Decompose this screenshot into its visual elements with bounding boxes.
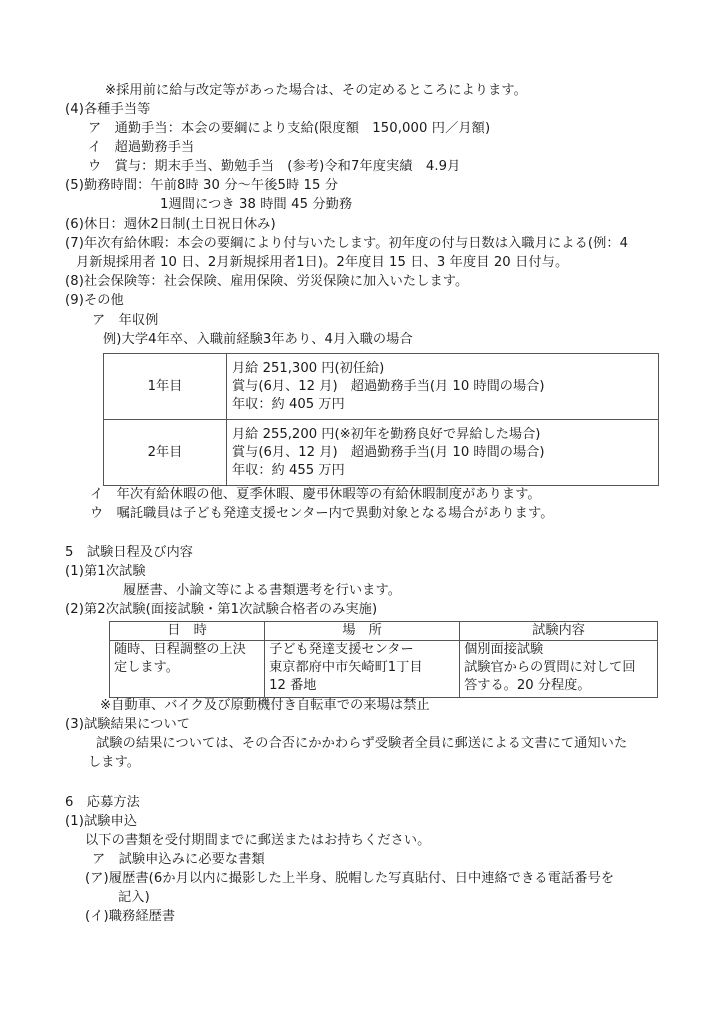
bonus-overtime: 賞与(6月、12 月) 超過勤務手当(月 10 時間の場合)	[232, 378, 658, 396]
allowances-heading: (4)各種手当等	[65, 101, 150, 119]
datetime-line: 定します。	[114, 659, 260, 677]
location-line: 12 番地	[269, 677, 455, 695]
holidays: (6)休日：週休2日制(土日祝日休み)	[65, 216, 276, 234]
year-detail: 月給 251,300 円(初任給) 賞与(6月、12 月) 超過勤務手当(月 1…	[227, 354, 659, 420]
table-row: 2年目 月給 255,200 円(※初年を勤務良好で昇給した場合) 賞与(6月、…	[104, 420, 659, 486]
table-header-row: 日 時 場 所 試験内容	[110, 622, 658, 641]
cell-datetime: 随時、日程調整の上決 定します。	[110, 641, 265, 698]
header-location: 場 所	[265, 622, 460, 641]
section6-heading: 6 応募方法	[65, 794, 140, 812]
annual-income: 年収：約 405 万円	[232, 396, 658, 414]
insurance: (8)社会保険等：社会保険、雇用保険、労災保険に加入いたします。	[65, 273, 468, 291]
year-label: 2年目	[104, 420, 227, 486]
application-heading: (1)試験申込	[65, 813, 137, 831]
work-hours: (5)勤務時間：午前8時 30 分～午後5時 15 分	[65, 177, 338, 195]
section5-heading: 5 試験日程及び内容	[65, 544, 193, 562]
doc-resume-line1: (ア)履歴書(6か月以内に撮影した上半身、脱帽した写真貼付、日中連絡できる電話番…	[85, 870, 614, 888]
second-exam-heading: (2)第2次試験(面接試験・第1次試験合格者のみ実施)	[65, 601, 377, 619]
income-table: 1年目 月給 251,300 円(初任給) 賞与(6月、12 月) 超過勤務手当…	[103, 353, 659, 486]
allowance-bonus: ウ 賞与：期末手当、勤勉手当 (参考)令和7年度実績 4.9月	[88, 158, 460, 176]
header-datetime: 日 時	[110, 622, 265, 641]
header-content: 試験内容	[460, 622, 658, 641]
annual-leave-line1: (7)年次有給休暇：本会の要綱により付与いたします。初年度の付与日数は入職月によ…	[65, 235, 628, 253]
other-heading: (9)その他	[65, 292, 124, 310]
income-example-heading: ア 年収例	[92, 312, 158, 330]
content-line: 試験官からの質問に対して回	[464, 659, 653, 677]
results-text-line2: します。	[88, 754, 140, 772]
content-line: 個別面接試験	[464, 641, 653, 659]
allowance-overtime: イ 超過勤務手当	[88, 139, 194, 157]
doc-resume-line2: 記入)	[118, 889, 150, 907]
results-heading: (3)試験結果について	[65, 716, 190, 734]
monthly-salary: 月給 251,300 円(初任給)	[232, 360, 658, 378]
doc-career-history: (イ)職務経歴書	[85, 908, 175, 926]
work-hours-weekly: 1週間につき 38 時間 45 分勤務	[160, 196, 352, 214]
application-intro: 以下の書類を受付期間までに郵送またはお持ちください。	[85, 832, 430, 850]
monthly-salary: 月給 255,200 円(※初年を勤務良好で昇給した場合)	[232, 426, 658, 444]
year-label: 1年目	[104, 354, 227, 420]
required-docs-heading: ア 試験申込みに必要な書類	[92, 851, 265, 869]
leave-note: イ 年次有給休暇の他、夏季休暇、慶弔休暇等の有給休暇制度があります。	[90, 486, 541, 504]
table-row: 随時、日程調整の上決 定します。 子ども発達支援センター 東京都府中市矢崎町1丁…	[110, 641, 658, 698]
salary-revision-note: ※採用前に給与改定等があった場合は、その定めるところによります。	[105, 82, 527, 100]
annual-leave-line2: 月新規採用者 10 日、2月新規採用者1日)。2年度目 15 日、3 年度目 2…	[76, 254, 568, 272]
second-exam-table: 日 時 場 所 試験内容 随時、日程調整の上決 定します。 子ども発達支援センタ…	[109, 621, 658, 698]
year-detail: 月給 255,200 円(※初年を勤務良好で昇給した場合) 賞与(6月、12 月…	[227, 420, 659, 486]
table-row: 1年目 月給 251,300 円(初任給) 賞与(6月、12 月) 超過勤務手当…	[104, 354, 659, 420]
cell-location: 子ども発達支援センター 東京都府中市矢崎町1丁目 12 番地	[265, 641, 460, 698]
income-example-condition: 例)大学4年卒、入職前経験3年あり、4月入職の場合	[103, 331, 413, 349]
results-text-line1: 試験の結果については、その合否にかかわらず受験者全員に郵送による文書にて通知いた	[96, 735, 627, 753]
allowance-commute: ア 通勤手当：本会の要綱により支給(限度額 150,000 円／月額)	[88, 120, 490, 138]
first-exam-heading: (1)第1次試験	[65, 563, 146, 581]
first-exam-text: 履歴書、小論文等による書類選考を行います。	[123, 582, 401, 600]
cell-content: 個別面接試験 試験官からの質問に対して回 答する。20 分程度。	[460, 641, 658, 698]
annual-income: 年収：約 455 万円	[232, 462, 658, 480]
location-line: 子ども発達支援センター	[269, 641, 455, 659]
transfer-note: ウ 嘱託職員は子ども発達支援センター内で異動対象となる場合があります。	[90, 505, 553, 523]
vehicle-note: ※自動車、バイク及び原動機付き自転車での来場は禁止	[100, 697, 430, 715]
bonus-overtime: 賞与(6月、12 月) 超過勤務手当(月 10 時間の場合)	[232, 444, 658, 462]
datetime-line: 随時、日程調整の上決	[114, 641, 260, 659]
content-line: 答する。20 分程度。	[464, 677, 653, 695]
location-line: 東京都府中市矢崎町1丁目	[269, 659, 455, 677]
